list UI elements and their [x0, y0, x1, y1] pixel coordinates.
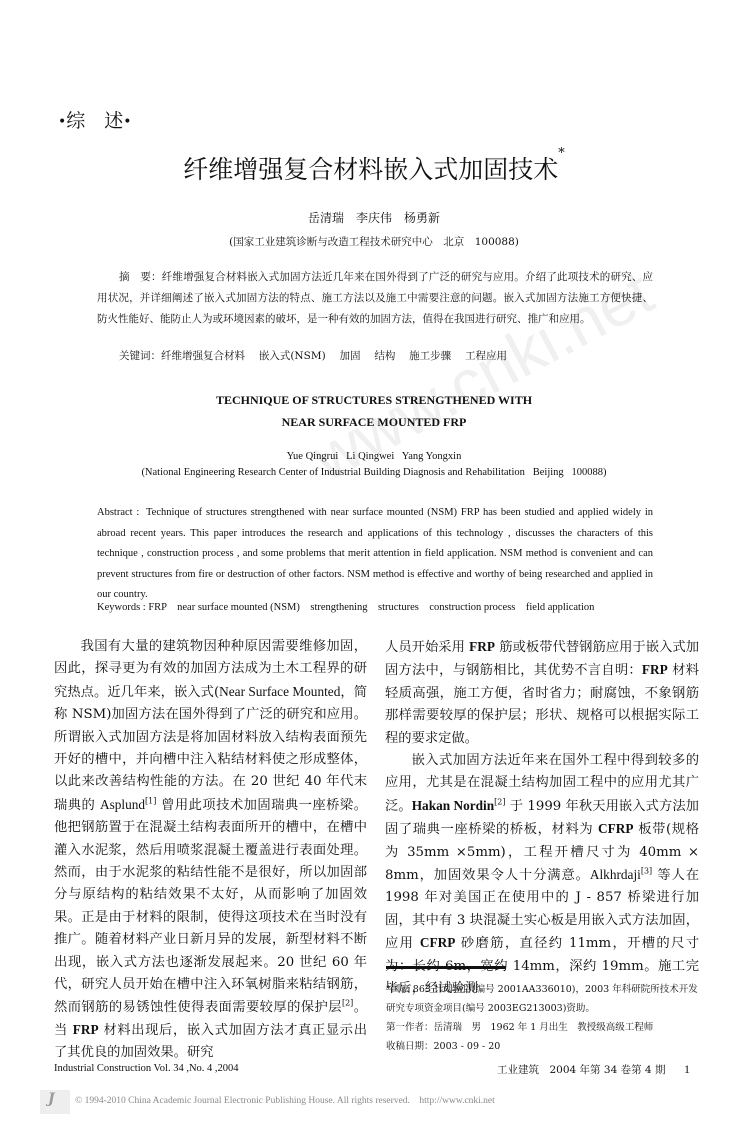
abstract-en: Abstract : Technique of structures stren…	[97, 503, 653, 606]
abstract-cn-text: 纤维增强复合材料嵌入式加固方法近几年来在国外得到了广泛的研究与应用。介绍了此项技…	[97, 271, 653, 325]
section-tag: •综 述•	[58, 106, 132, 133]
affiliation-en: (National Engineering Research Center of…	[0, 467, 748, 478]
term-cfrp: CFRP	[420, 935, 455, 950]
body-text-en: Near Surface Mounted	[219, 684, 340, 699]
body-paragraph: 人员开始采用 FRP 筋或板带代替钢筋应用于嵌入式加固方法中，与钢筋相比，其优势…	[385, 636, 699, 750]
footnote-first-author: 第一作者：岳清瑞 男 1962 年 1 月出生 教授级高级工程师	[386, 1018, 702, 1037]
term-frp: FRP	[642, 662, 668, 677]
body-paragraph: 嵌入式加固方法近年来在国外工程中得到较多的应用，尤其是在混凝土结构加固工程中的应…	[385, 750, 699, 1000]
authors-cn: 岳清瑞 李庆伟 杨勇新	[0, 209, 748, 226]
footnotes: *国家 863 计划项目(编号 2001AA336010)，2003 年科研院所…	[386, 980, 702, 1056]
body-column-right: 人员开始采用 FRP 筋或板带代替钢筋应用于嵌入式加固方法中，与钢筋相比，其优势…	[385, 636, 699, 1001]
citation-ref-3[interactable]: [3]	[641, 867, 652, 876]
abstract-cn: 摘 要：纤维增强复合材料嵌入式加固方法近几年来在国外得到了广泛的研究与应用。介绍…	[97, 267, 653, 330]
keywords-cn-label: 关键词：	[119, 350, 161, 362]
author-name-nordin: Hakan Nordin	[412, 798, 494, 813]
paper-title-cn: 纤维增强复合材料嵌入式加固技术*	[0, 150, 748, 186]
body-text: ，简称 NSM)加固方法在国外得到了广泛的研究和应用。所谓嵌入式加固方法是将加固…	[54, 685, 367, 813]
title-footnote-mark: *	[558, 146, 565, 161]
body-column-left: 我国有大量的建筑物因种种原因需要维修加固，因此，探寻更为有效的加固方法成为土木工…	[54, 636, 367, 1065]
affiliation-cn: (国家工业建筑诊断与改造工程技术研究中心 北京 100088)	[0, 234, 748, 249]
author-name-alkhrdaji: Alkhrdaji	[590, 867, 641, 882]
citation-ref-1[interactable]: [1]	[145, 796, 156, 805]
cnki-logo-icon: J	[40, 1090, 70, 1114]
page-number: 1	[684, 1062, 690, 1077]
citation-ref-2[interactable]: [2]	[342, 998, 353, 1007]
footnote-received-date: 收稿日期：2003 - 09 - 20	[386, 1037, 702, 1056]
citation-ref-2[interactable]: [2]	[494, 797, 505, 806]
footer-journal-cn: 工业建筑 2004 年第 34 卷第 4 期	[497, 1062, 665, 1077]
abstract-en-label: Abstract :	[97, 507, 142, 518]
keywords-en: Keywords : FRP near surface mounted (NSM…	[97, 602, 594, 613]
section-label: 综 述	[66, 110, 123, 132]
body-text: 人员开始采用	[385, 640, 469, 655]
body-text: 材料出现后，嵌入式加固方法才真正显示出了其优良的加固效果。研究	[54, 1023, 367, 1060]
authors-en: Yue Qingrui Li Qingwei Yang Yongxin	[0, 451, 748, 462]
abstract-cn-label: 摘 要：	[97, 271, 162, 283]
abstract-en-text: Technique of structures strengthened wit…	[97, 507, 653, 600]
term-frp: FRP	[73, 1022, 99, 1037]
footnote-divider	[386, 966, 506, 969]
footnote-funding: *国家 863 计划项目(编号 2001AA336010)，2003 年科研院所…	[386, 980, 702, 1018]
keywords-cn: 关键词：纤维增强复合材料 嵌入式(NSM) 加固 结构 施工步骤 工程应用	[119, 348, 507, 363]
keywords-en-label: Keywords :	[97, 602, 146, 613]
keywords-cn-items: 纤维增强复合材料 嵌入式(NSM) 加固 结构 施工步骤 工程应用	[161, 350, 507, 362]
body-text: 曾用此项技术加固瑞典一座桥梁。他把钢筋置于在混凝土结构表面所开的槽中，在槽中灌入…	[54, 798, 367, 1015]
term-cfrp: CFRP	[598, 821, 633, 836]
term-frp: FRP	[469, 639, 495, 654]
bullet-icon: •	[123, 114, 131, 130]
keywords-en-items: FRP near surface mounted (NSM) strengthe…	[148, 602, 594, 613]
footer-journal-en: Industrial Construction Vol. 34 ,No. 4 ,…	[54, 1063, 239, 1074]
title-en-line1: TECHNIQUE OF STRUCTURES STRENGTHENED WIT…	[0, 389, 748, 411]
body-paragraph: 我国有大量的建筑物因种种原因需要维修加固，因此，探寻更为有效的加固方法成为土木工…	[54, 636, 367, 1065]
title-text: 纤维增强复合材料嵌入式加固技术	[183, 155, 558, 184]
author-name-asplund: Asplund	[100, 797, 145, 812]
title-en-line2: NEAR SURFACE MOUNTED FRP	[0, 411, 748, 433]
paper-title-en: TECHNIQUE OF STRUCTURES STRENGTHENED WIT…	[0, 389, 748, 433]
copyright-notice: © 1994-2010 China Academic Journal Elect…	[75, 1096, 495, 1106]
